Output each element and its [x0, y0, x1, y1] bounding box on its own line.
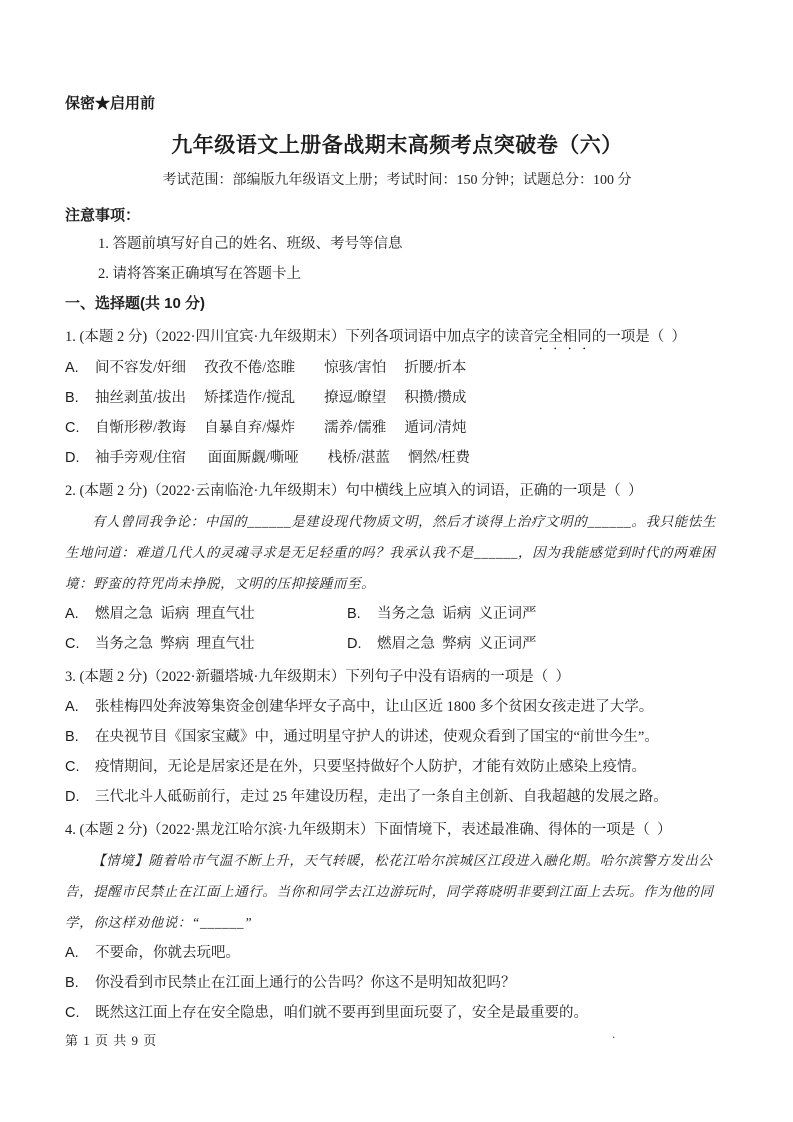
option-text: 自惭形秽/教诲 自暴自弃/爆炸 濡养/儒雅 遁词/清炖: [95, 413, 466, 443]
question-1: 1. (本题 2 分)（2022·四川宜宾·九年级期末）下列各项词语中加点字的读…: [65, 322, 729, 473]
question-1-prompt-post: 的一项是（ ）: [592, 329, 686, 345]
question-2-option-c: C. 当务之急 弊病 理直气壮: [65, 629, 347, 659]
question-2-option-b: B. 当务之急 诟病 义正词严: [347, 599, 729, 629]
question-4-passage: 【情境】随着哈市气温不断上升，天气转暖，松花江哈尔滨城区江段进入融化期。哈尔滨警…: [65, 845, 729, 938]
question-2: 2. (本题 2 分)（2022·云南临沧·九年级期末）句中横线上应填入的词语，…: [65, 476, 729, 659]
question-1-prompt: 1. (本题 2 分)（2022·四川宜宾·九年级期末）下列各项词语中加点字的读…: [65, 322, 729, 353]
question-1-option-d: D. 袖手旁观/住宿 面面厮觑/嘶哑 栈桥/湛蓝 惘然/枉费: [65, 443, 729, 473]
option-label: D.: [65, 782, 95, 812]
option-text: 既然这江面上存在安全隐患，咱们就不要再到里面玩耍了，安全是最重要的。: [95, 998, 588, 1028]
question-4: 4. (本题 2 分)（2022·黑龙江哈尔滨·九年级期末）下面情境下，表述最准…: [65, 815, 729, 1028]
question-1-prompt-emphasis: 完全相同: [534, 329, 592, 345]
exam-title: 九年级语文上册备战期末高频考点突破卷（六）: [65, 132, 729, 160]
exam-info-line: 考试范围：部编版九年级语文上册；考试时间：150 分钟；试题总分：100 分: [65, 171, 729, 191]
question-4-option-a: A. 不要命，你就去玩吧。: [65, 938, 729, 968]
option-text: 燃眉之急 诟病 理直气壮: [95, 599, 255, 629]
question-2-prompt: 2. (本题 2 分)（2022·云南临沧·九年级期末）句中横线上应填入的词语，…: [65, 476, 729, 506]
option-label: C.: [65, 998, 95, 1028]
option-text: 当务之急 弊病 理直气壮: [95, 629, 255, 659]
option-label: A.: [65, 938, 95, 968]
question-1-option-b: B. 抽丝剥茧/拔出 矫揉造作/搅乱 撩逗/瞭望 积攒/攒成: [65, 383, 729, 413]
passage-line: 生地问道：难道几代人的灵魂寻求是无足轻重的吗？我承认我不是______，因为我能…: [65, 537, 729, 568]
option-label: C.: [65, 629, 95, 659]
question-3-option-c: C. 疫情期间，无论是居家还是在外，只要坚持做好个人防护，才能有效防止感染上疫情…: [65, 752, 729, 782]
question-3-option-a: A. 张桂梅四处奔波筹集资金创建华坪女子高中，让山区近 1800 多个贫困女孩走…: [65, 692, 729, 722]
question-2-option-a: A. 燃眉之急 诟病 理直气壮: [65, 599, 347, 629]
scan-artifact-dot: .: [612, 1026, 615, 1042]
option-label: B.: [65, 722, 95, 752]
option-text: 三代北斗人砥砺前行，走过 25 年建设历程，走出了一条自主创新、自我超越的发展之…: [95, 782, 668, 812]
option-label: B.: [65, 968, 95, 998]
page-number-footer: 第 1 页 共 9 页: [65, 1031, 157, 1051]
passage-line: 【情境】随着哈市气温不断上升，天气转暖，松花江哈尔滨城区江段进入融化期。哈尔滨警…: [65, 845, 729, 876]
option-text: 袖手旁观/住宿 面面厮觑/嘶哑 栈桥/湛蓝 惘然/枉费: [95, 443, 470, 473]
section-heading-choice: 一、选择题(共 10 分): [65, 289, 729, 319]
exam-paper-page: 保密★启用前 九年级语文上册备战期末高频考点突破卷（六） 考试范围：部编版九年级…: [0, 0, 793, 1122]
option-text: 你没看到市民禁止在江面上通行的公告吗？你这不是明知故犯吗？: [95, 968, 516, 998]
passage-line: 告，提醒市民禁止在江面上通行。当你和同学去江边游玩时，同学蒋晓明非要到江面上去玩…: [65, 876, 729, 907]
option-text: 张桂梅四处奔波筹集资金创建华坪女子高中，让山区近 1800 多个贫困女孩走进了大…: [95, 692, 653, 722]
option-label: D.: [347, 629, 377, 659]
option-label: B.: [347, 599, 377, 629]
question-4-prompt: 4. (本题 2 分)（2022·黑龙江哈尔滨·九年级期末）下面情境下，表述最准…: [65, 815, 729, 845]
question-4-option-b: B. 你没看到市民禁止在江面上通行的公告吗？你这不是明知故犯吗？: [65, 968, 729, 998]
option-text: 不要命，你就去玩吧。: [95, 938, 240, 968]
question-2-options: A. 燃眉之急 诟病 理直气壮 B. 当务之急 诟病 义正词严 C. 当务之急 …: [65, 599, 729, 659]
notice-item-2: 2. 请将答案正确填写在答题卡上: [98, 259, 729, 289]
question-2-option-d: D. 燃眉之急 弊病 义正词严: [347, 629, 729, 659]
question-3: 3. (本题 2 分)（2022·新疆塔城·九年级期末）下列句子中没有语病的一项…: [65, 662, 729, 812]
option-text: 当务之急 诟病 义正词严: [377, 599, 537, 629]
question-3-option-d: D. 三代北斗人砥砺前行，走过 25 年建设历程，走出了一条自主创新、自我超越的…: [65, 782, 729, 812]
option-text: 疫情期间，无论是居家还是在外，只要坚持做好个人防护，才能有效防止感染上疫情。: [95, 752, 646, 782]
security-notice: 保密★启用前: [65, 94, 729, 114]
question-1-option-a: A. 间不容发/奸细 孜孜不倦/恣睢 惊骇/害怕 折腰/折本: [65, 353, 729, 383]
question-2-passage: 有人曾同我争论：中国的______是建设现代物质文明，然后才谈得上治疗文明的__…: [65, 506, 729, 599]
question-3-option-b: B. 在央视节目《国家宝藏》中，通过明星守护人的讲述，使观众看到了国宝的“前世今…: [65, 722, 729, 752]
question-1-option-c: C. 自惭形秽/教诲 自暴自弃/爆炸 濡养/儒雅 遁词/清炖: [65, 413, 729, 443]
option-label: D.: [65, 443, 95, 473]
option-text: 燃眉之急 弊病 义正词严: [377, 629, 537, 659]
option-label: A.: [65, 599, 95, 629]
page-content: 保密★启用前 九年级语文上册备战期末高频考点突破卷（六） 考试范围：部编版九年级…: [65, 94, 729, 1028]
option-text: 间不容发/奸细 孜孜不倦/恣睢 惊骇/害怕 折腰/折本: [95, 353, 466, 383]
option-text: 在央视节目《国家宝藏》中，通过明星守护人的讲述，使观众看到了国宝的“前世今生”。: [95, 722, 659, 752]
question-3-prompt: 3. (本题 2 分)（2022·新疆塔城·九年级期末）下列句子中没有语病的一项…: [65, 662, 729, 692]
passage-line: 有人曾同我争论：中国的______是建设现代物质文明，然后才谈得上治疗文明的__…: [65, 506, 729, 537]
passage-line: 境：野蛮的符咒尚未挣脱，文明的压抑接踵而至。: [65, 568, 729, 599]
notice-heading: 注意事项：: [65, 203, 729, 229]
passage-line: 学，你这样劝他说：“______”: [65, 907, 729, 938]
notice-item-1: 1. 答题前填写好自己的姓名、班级、考号等信息: [98, 229, 729, 259]
option-label: C.: [65, 413, 95, 443]
option-text: 抽丝剥茧/拔出 矫揉造作/搅乱 撩逗/瞭望 积攒/攒成: [95, 383, 466, 413]
question-1-prompt-pre: 1. (本题 2 分)（2022·四川宜宾·九年级期末）下列各项词语中加点字的读…: [65, 329, 534, 345]
option-label: C.: [65, 752, 95, 782]
question-4-option-c: C. 既然这江面上存在安全隐患，咱们就不要再到里面玩耍了，安全是最重要的。: [65, 998, 729, 1028]
option-label: B.: [65, 383, 95, 413]
option-label: A.: [65, 353, 95, 383]
option-label: A.: [65, 692, 95, 722]
